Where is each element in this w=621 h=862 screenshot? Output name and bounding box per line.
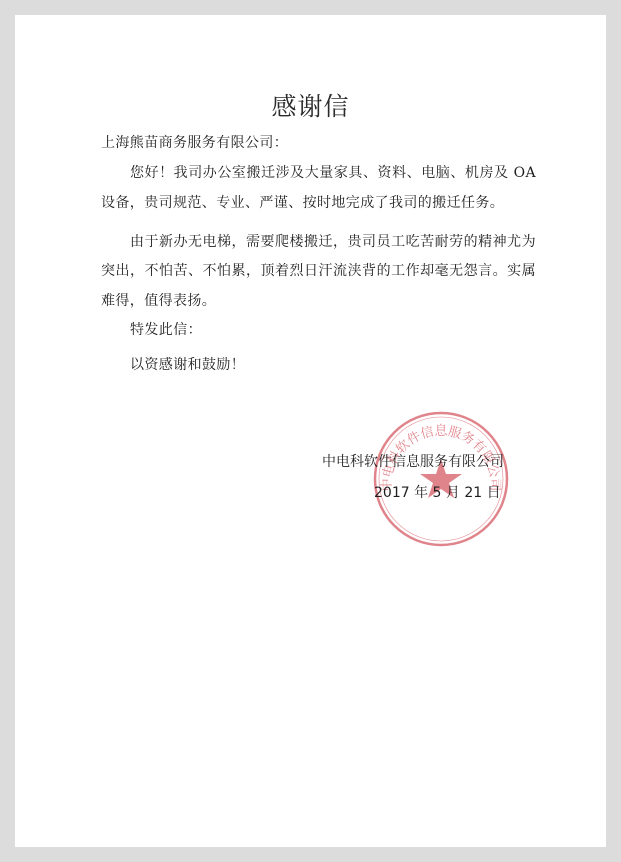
paragraph-2-line-1: 由于新办无电梯，需要爬楼搬迁，贵司员工吃苦耐劳的精神尤为 — [130, 233, 536, 251]
closing-line-2: 以资感谢和鼓励！ — [130, 356, 245, 374]
paragraph-1-line-1: 您好！我司办公室搬迁涉及大量家具、资料、电脑、机房及 OA — [130, 164, 536, 182]
paragraph-2-line-3: 难得，值得表扬。 — [101, 292, 216, 310]
paragraph-2-line-2: 突出，不怕苦、不怕累，顶着烈日汗流浃背的工作却毫无怨言。实属 — [101, 262, 536, 280]
company-seal-stamp: 中电科软件信息服务有限公司 — [369, 407, 513, 551]
letter-title: 感谢信 — [15, 87, 606, 123]
closing-line-1: 特发此信： — [130, 321, 202, 339]
letter-page: 感谢信 上海熊苗商务服务有限公司： 您好！我司办公室搬迁涉及大量家具、资料、电脑… — [15, 15, 606, 847]
signature-company: 中电科软件信息服务有限公司 — [322, 451, 504, 471]
paragraph-1-line-2: 设备，贵司规范、专业、严谨、按时地完成了我司的搬迁任务。 — [101, 194, 504, 212]
salutation: 上海熊苗商务服务有限公司： — [101, 134, 288, 152]
signature-date: 2017 年 5 月 21 日 — [374, 482, 501, 502]
